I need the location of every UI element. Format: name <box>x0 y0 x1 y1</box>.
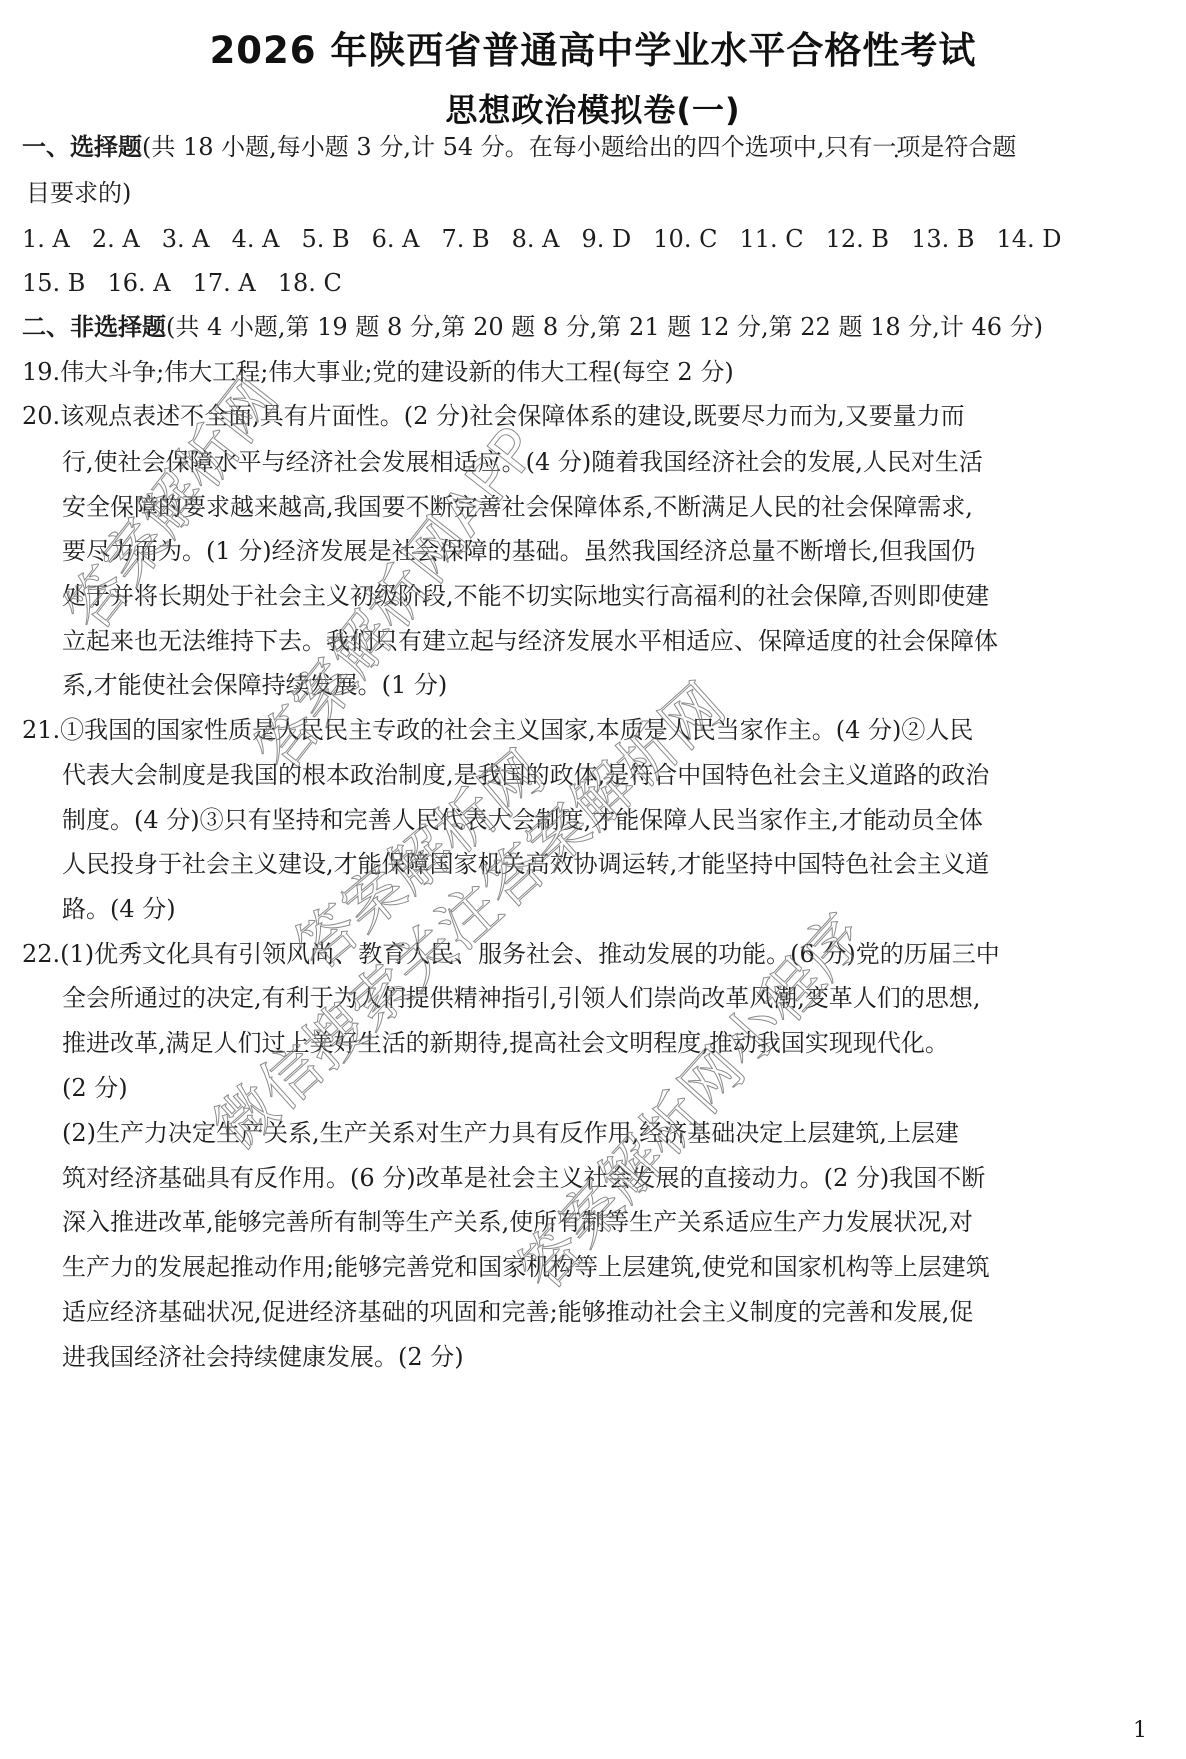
q20-line-2: 行,使社会保障水平与经济社会发展相适应。(4 分)随着我国经济社会的发展,人民对… <box>62 445 983 479</box>
q22-part1-text: (1)优秀文化具有引领风尚、教育人民、服务社会、推动发展的功能。(6 分)党的历… <box>60 940 1000 968</box>
q20-line-3: 安全保障的要求越来越高,我国要不断完善社会保障体系,不断满足人民的社会保障需求, <box>62 490 973 524</box>
q22-part1-line-3: 推进改革,满足人们过上美好生活的新期待,提高社会文明程度,推动我国实现现代化。 <box>62 1026 949 1060</box>
q20-line-4: 要尽力而为。(1 分)经济发展是社会保障的基础。虽然我国经济总量不断增长,但我国… <box>62 534 975 568</box>
section1-heading: 一、选择题 <box>22 133 142 161</box>
q21-line-1: 21.①我国的国家性质是人民民主专政的社会主义国家,本质是人民当家作主。(4 分… <box>22 713 973 747</box>
answer-item: 11. C <box>739 222 803 256</box>
q20-line-6: 立起来也无法维持下去。我们只有建立起与经济发展水平相适应、保障适度的社会保障体 <box>62 624 998 658</box>
answer-item: 10. C <box>653 222 717 256</box>
q22-part1-line-4: (2 分) <box>62 1071 128 1105</box>
answer-item: 5. B <box>301 222 349 256</box>
q22-part2-line-4: 生产力的发展起推动作用;能够完善党和国家机构等上层建筑,使党和国家机构等上层建筑 <box>62 1250 990 1284</box>
page-number: 1 <box>1133 1718 1147 1743</box>
answer-item: 17. A <box>193 266 256 300</box>
answer-item: 1. A <box>22 222 70 256</box>
question-number: 20. <box>22 399 60 433</box>
section2-desc: (共 4 小题,第 19 题 8 分,第 20 题 8 分,第 21 题 12 … <box>166 313 1043 341</box>
answer-item: 14. D <box>997 222 1062 256</box>
answer-item: 18. C <box>278 266 342 300</box>
answer-item: 15. B <box>22 266 85 300</box>
q22-part1-line-2: 全会所通过的决定,有利于为人们提供精神指引,引领人们崇尚改革风潮,变革人们的思想… <box>62 981 981 1015</box>
q22-part2-line-2: 筑对经济基础具有反作用。(6 分)改革是社会主义社会发展的直接动力。(2 分)我… <box>62 1161 985 1195</box>
q22-part2-line-3: 深入推进改革,能够完善所有制等生产关系,使所有制等生产关系适应生产力发展状况,对 <box>62 1205 973 1239</box>
exam-subtitle: 思想政治模拟卷(一) <box>0 85 1186 131</box>
q22-part2-line-6: 进我国经济社会持续健康发展。(2 分) <box>62 1340 464 1374</box>
q21-text: ①我国的国家性质是人民民主专政的社会主义国家,本质是人民当家作主。(4 分)②人… <box>60 716 973 744</box>
answer-sheet-page: 2026 年陕西省普通高中学业水平合格性考试 思想政治模拟卷(一) 一、选择题(… <box>0 0 1186 1759</box>
answer-item: 12. B <box>826 222 889 256</box>
exam-title: 2026 年陕西省普通高中学业水平合格性考试 <box>0 20 1186 74</box>
q20-text: 该观点表述不全面,具有片面性。(2 分)社会保障体系的建设,既要尽力而为,又要量… <box>60 402 965 430</box>
section1-desc-b: 是符合题 <box>920 133 1016 161</box>
section1-desc-emphasis: 一项 <box>872 133 920 161</box>
answers-row-1: 1. A2. A3. A4. A5. B6. A7. B8. A9. D10. … <box>22 222 1084 256</box>
q22-line-1: 22.(1)优秀文化具有引领风尚、教育人民、服务社会、推动发展的功能。(6 分)… <box>22 937 1000 971</box>
answer-item: 7. B <box>441 222 489 256</box>
question-number: 21. <box>22 713 60 747</box>
section1-desc-a: (共 18 小题,每小题 3 分,计 54 分。在每小题给出的四个选项中,只有 <box>142 133 872 161</box>
section2-heading: 二、非选择题 <box>22 313 166 341</box>
answer-item: 3. A <box>162 222 210 256</box>
answer-item: 13. B <box>911 222 974 256</box>
question-number: 22. <box>22 937 60 971</box>
answer-item: 4. A <box>232 222 280 256</box>
q21-line-4: 人民投身于社会主义建设,才能保障国家机关高效协调运转,才能坚持中国特色社会主义道 <box>62 847 989 881</box>
answer-item: 9. D <box>582 222 632 256</box>
answer-item: 8. A <box>512 222 560 256</box>
section1-desc-line2: 目要求的) <box>26 176 131 210</box>
section1-heading-line: 一、选择题(共 18 小题,每小题 3 分,计 54 分。在每小题给出的四个选项… <box>22 130 1016 164</box>
q21-line-3: 制度。(4 分)③只有坚持和完善人民代表大会制度,才能保障人民当家作主,才能动员… <box>62 803 983 837</box>
q19-answer: 伟大斗争;伟大工程;伟大事业;党的建设新的伟大工程(每空 2 分) <box>60 358 734 386</box>
answer-item: 2. A <box>92 222 140 256</box>
q20-line-5: 处于并将长期处于社会主义初级阶段,不能不切实际地实行高福利的社会保障,否则即使建 <box>62 579 989 613</box>
q20-line-7: 系,才能使社会保障持续发展。(1 分) <box>62 668 447 702</box>
q21-line-2: 代表大会制度是我国的根本政治制度,是我国的政体,是符合中国特色社会主义道路的政治 <box>62 758 989 792</box>
answer-item: 16. A <box>107 266 170 300</box>
q22-part2-line-5: 适应经济基础状况,促进经济基础的巩固和完善;能够推动社会主义制度的完善和发展,促 <box>62 1295 973 1329</box>
section2-heading-line: 二、非选择题(共 4 小题,第 19 题 8 分,第 20 题 8 分,第 21… <box>22 310 1043 344</box>
answer-item: 6. A <box>372 222 420 256</box>
q21-line-5: 路。(4 分) <box>62 892 176 926</box>
q20-line-1: 20.该观点表述不全面,具有片面性。(2 分)社会保障体系的建设,既要尽力而为,… <box>22 399 965 433</box>
q19-line: 19.伟大斗争;伟大工程;伟大事业;党的建设新的伟大工程(每空 2 分) <box>22 355 734 389</box>
answers-row-2: 15. B16. A17. A18. C <box>22 266 364 300</box>
question-number: 19. <box>22 355 60 389</box>
q22-part2-line-1: (2)生产力决定生产关系,生产关系对生产力具有反作用,经济基础决定上层建筑,上层… <box>62 1116 959 1150</box>
